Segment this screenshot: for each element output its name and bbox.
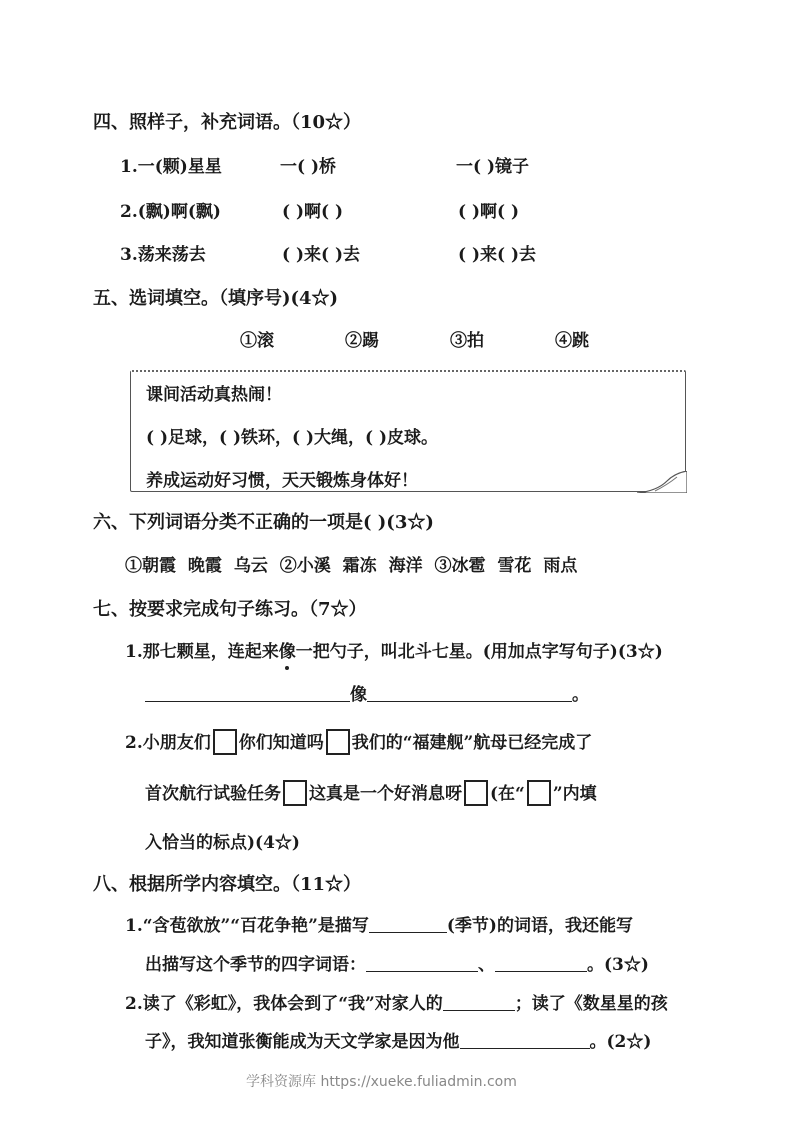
s8-q2-blank-1[interactable] <box>443 1010 515 1011</box>
card-line1: 课间活动真热闹！ <box>146 380 282 405</box>
section7-title: 七、按要求完成句子练习。（7☆） <box>93 595 367 621</box>
s8-q1-sep: 、 <box>478 955 495 975</box>
s8-q1-blank-season[interactable] <box>369 932 447 933</box>
s4-row3-c2[interactable]: ( )来( )去 <box>458 240 536 265</box>
s8-q2-line2: 子》，我知道张衡能成为天文学家是因为他。(2☆) <box>145 1027 651 1052</box>
s7-q2-text-d: 首次航行试验任务 <box>145 784 281 804</box>
s7-q1-answer-end: 。 <box>572 685 589 705</box>
s7-q2-text-c: 我们的“福建舰”航母已经完成了 <box>352 733 593 753</box>
punct-box-example <box>527 780 551 806</box>
punct-box-2[interactable] <box>326 729 350 755</box>
s8-q1-text-b: (季节)的词语，我还能写 <box>447 916 633 936</box>
s7-q2-text-g: ”内填 <box>553 784 597 804</box>
s4-row2-c1[interactable]: ( )啊( ) <box>282 197 343 222</box>
s4-row1-example: 1.一(颗)星星 <box>120 152 222 177</box>
card-line3: 养成运动好习惯，天天锻炼身体好！ <box>146 466 418 491</box>
s7-q1-dotted-char: 像 <box>279 642 296 662</box>
s8-q2-blank-2[interactable] <box>460 1048 590 1049</box>
s5-option-4: ④跳 <box>555 326 589 351</box>
section8-title: 八、根据所学内容填空。（11☆） <box>93 870 361 896</box>
section6-title: 六、下列词语分类不正确的一项是( )(3☆) <box>93 508 434 534</box>
s5-option-2: ②踢 <box>345 326 379 351</box>
s7-q2-text-e: 这真是一个好消息呀 <box>309 784 462 804</box>
s5-option-1: ①滚 <box>240 326 274 351</box>
s4-row1-c2[interactable]: 一( )镜子 <box>456 152 529 177</box>
s7-q2-text-f: (在“ <box>490 784 525 804</box>
card-line2[interactable]: ( )足球，( )铁环，( )大绳，( )皮球。 <box>146 423 438 448</box>
s5-option-3: ③拍 <box>450 326 484 351</box>
s8-q2-line1: 2.读了《彩虹》，我体会到了“我”对家人的；读了《数星星的孩 <box>125 989 668 1014</box>
s4-row3-c1[interactable]: ( )来( )去 <box>282 240 360 265</box>
s8-q1-line1: 1.“含苞欲放”“百花争艳”是描写(季节)的词语，我还能写 <box>125 911 633 936</box>
punct-box-1[interactable] <box>213 729 237 755</box>
s7-q2-text-a: 2.小朋友们 <box>125 733 211 753</box>
s8-q1-text-a: 1.“含苞欲放”“百花争艳”是描写 <box>125 916 369 936</box>
s8-q1-text-c: 出描写这个季节的四字词语： <box>145 955 366 975</box>
section5-title: 五、选词填空。（填序号)(4☆) <box>93 284 338 310</box>
s4-row3-example: 3.荡来荡去 <box>120 240 206 265</box>
s4-row1-c1[interactable]: 一( )桥 <box>280 152 336 177</box>
footer-watermark: 学科资源库 https://xueke.fuliadmin.com <box>246 1071 517 1091</box>
s8-q2-text-a: 2.读了《彩虹》，我体会到了“我”对家人的 <box>125 994 443 1014</box>
punct-box-3[interactable] <box>283 780 307 806</box>
s4-row2-example: 2.(飘)啊(飘) <box>120 197 221 222</box>
s7-q1-answer: 像。 <box>145 680 589 705</box>
s8-q1-blank-word-2[interactable] <box>495 971 587 972</box>
punct-box-4[interactable] <box>464 780 488 806</box>
s7-q1-post: 一把勺子，叫北斗七星。(用加点字写句子)(3☆) <box>296 642 663 662</box>
s8-q2-text-b: ；读了《数星星的孩 <box>515 994 668 1014</box>
page-curl-icon <box>637 471 687 493</box>
s8-q2-end: 。(2☆) <box>590 1032 652 1052</box>
s7-q2-line3: 入恰当的标点)(4☆) <box>145 828 300 853</box>
s7-q1-blank-1[interactable] <box>145 701 350 702</box>
s7-q1-answer-mid: 像 <box>350 685 367 705</box>
s7-q2-line2: 首次航行试验任务这真是一个好消息呀(在“”内填 <box>145 779 597 806</box>
s8-q1-blank-word-1[interactable] <box>366 971 478 972</box>
s7-q2-text-b: 你们知道吗 <box>239 733 324 753</box>
worksheet-page: 四、照样子，补充词语。（10☆） 1.一(颗)星星 一( )桥 一( )镜子 2… <box>0 0 793 1122</box>
s7-q1-pre: 1.那七颗星，连起来 <box>125 642 279 662</box>
s6-options: ①朝霞 晚霞 乌云 ②小溪 霜冻 海洋 ③冰雹 雪花 雨点 <box>125 551 577 576</box>
s4-row2-c2[interactable]: ( )啊( ) <box>458 197 519 222</box>
s7-q2-line1: 2.小朋友们你们知道吗我们的“福建舰”航母已经完成了 <box>125 728 592 755</box>
s8-q1-line2: 出描写这个季节的四字词语：、。(3☆) <box>145 950 649 975</box>
section4-title: 四、照样子，补充词语。（10☆） <box>93 108 361 134</box>
s8-q2-text-c: 子》，我知道张衡能成为天文学家是因为他 <box>145 1032 460 1052</box>
s7-q1-blank-2[interactable] <box>367 701 572 702</box>
s7-q1-text: 1.那七颗星，连起来像一把勺子，叫北斗七星。(用加点字写句子)(3☆) <box>125 637 663 662</box>
s8-q1-end: 。(3☆) <box>587 955 649 975</box>
